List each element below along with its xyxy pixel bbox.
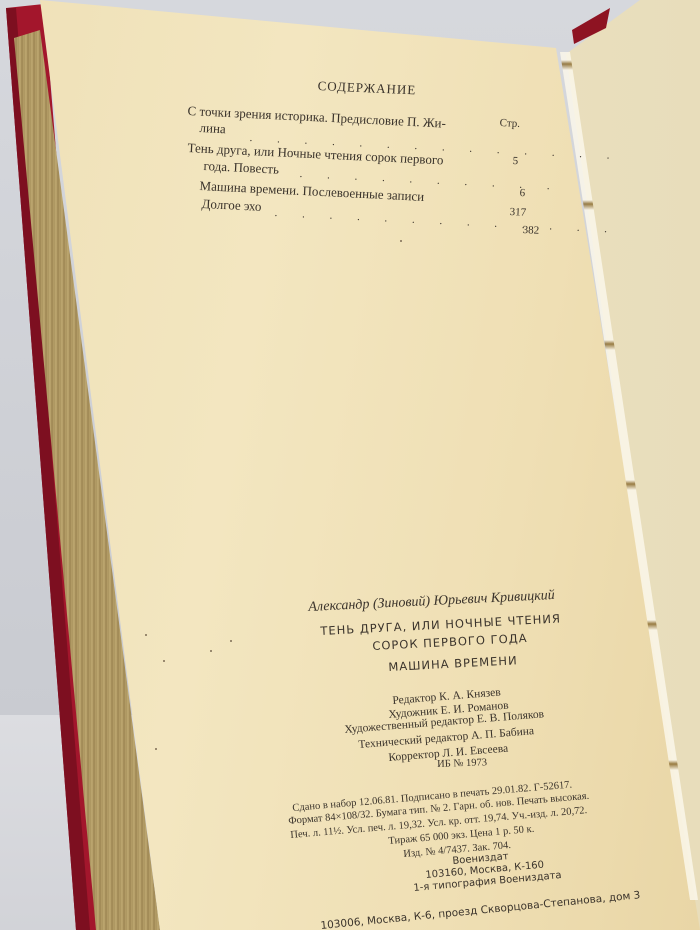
toc-leader-dots: . . . . . . . . . . . . . [274, 207, 618, 236]
paper-speck [230, 640, 232, 642]
toc-entry-5-page: 382 [522, 224, 539, 237]
book-photo: СОДЕРЖАНИЕ С точки зрения историка. Пред… [0, 0, 700, 930]
paper-speck [145, 634, 147, 636]
toc-entry-1-line2: лина [199, 120, 226, 137]
toc-entry-2-page: 5 [512, 155, 518, 167]
toc-entry-4: Долгое эхо [201, 196, 262, 215]
toc-entry-1-line1: С точки зрения историка. Предисловие П. … [187, 103, 446, 132]
toc-entry-1-page: Стр. [499, 117, 520, 130]
paper-speck [155, 748, 157, 750]
book-title-line3: МАШИНА ВРЕМЕНИ [388, 653, 518, 674]
toc-entry-2-line2: года. Повесть [203, 158, 279, 178]
paper-speck [163, 660, 165, 662]
author-name: Александр (Зиновий) Юрьевич Кривицкий [308, 588, 555, 616]
paper-speck [400, 240, 402, 242]
toc-title: СОДЕРЖАНИЕ [317, 78, 416, 98]
book-title-line2: СОРОК ПЕРВОГО ГОДА [372, 631, 528, 653]
page-text: СОДЕРЖАНИЕ С точки зрения историка. Пред… [0, 0, 700, 930]
toc-entry-4-page: 317 [509, 206, 526, 219]
paper-speck [210, 650, 212, 652]
printer-address: 103006, Москва, К-6, проезд Скворцова-Ст… [320, 889, 641, 930]
toc-entry-3-page: 6 [519, 187, 525, 199]
ib-number: ИБ № 1973 [437, 757, 487, 770]
